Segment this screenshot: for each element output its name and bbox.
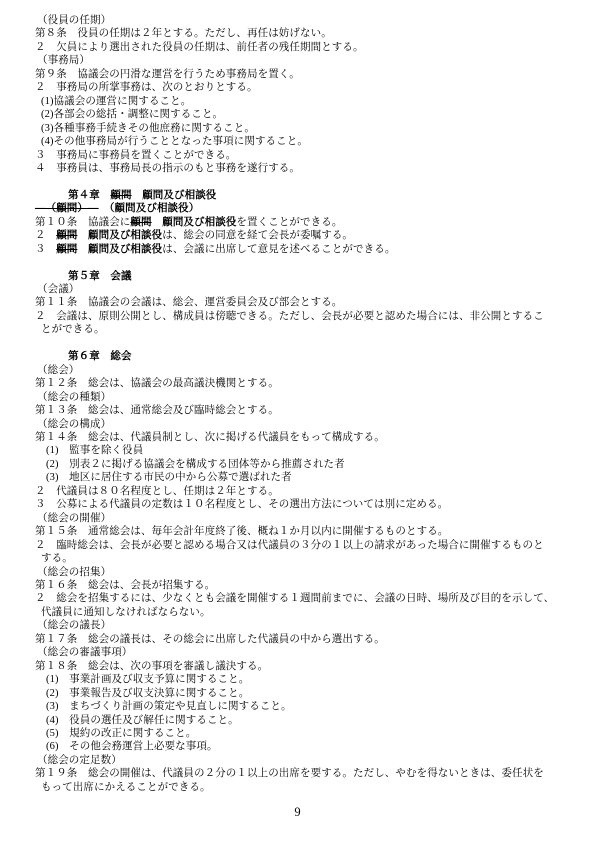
text-run: ２ <box>35 230 56 241</box>
document-line: 第８条 役員の任期は２年とする。ただし、再任は妨げない。 <box>35 27 575 40</box>
text-run: 代議員に通知しなければならない。 <box>41 607 211 618</box>
document-line: もって出席にかえることができる。 <box>35 781 575 794</box>
text-run <box>152 217 163 228</box>
deleted-text: 顧問 <box>130 217 151 228</box>
document-line: （総会の定足数） <box>35 754 575 767</box>
deleted-text: 顧問 <box>110 190 131 201</box>
text-run: （総会の開催） <box>37 513 111 524</box>
inserted-text: 第６章 総会 <box>68 351 132 362</box>
text-run: 第１８条 総会は、次の事項を審議し議決する。 <box>35 661 268 672</box>
document-line: (6) その他会務運営上必要な事項。 <box>35 740 575 753</box>
text-run: (2) 別表２に掲げる協議会を構成する団体等から推薦された者 <box>46 459 345 470</box>
document-line: 第５章 会議 <box>35 270 575 283</box>
inserted-text: 顧問及び相談役 <box>88 244 162 255</box>
document-line: （総会の種類） <box>35 391 575 404</box>
document-line: (4) 役員の選任及び解任に関すること。 <box>35 714 575 727</box>
document-line: ２ 代議員は８０名程度とし、任期は２年とする。 <box>35 485 575 498</box>
document-line: (1) 事業計画及び収支予算に関すること。 <box>35 673 575 686</box>
text-run: ２ 会議は、原則公開とし、構成員は傍聴できる。ただし、会長が必要と認めた場合には… <box>35 311 544 322</box>
text-run: もって出席にかえることができる。 <box>41 782 211 793</box>
deleted-text: ―（顧問）― <box>35 203 99 214</box>
text-run: (3) 地区に居住する市民の中から公募で選ばれた者 <box>46 472 292 483</box>
text-run: ２ 欠員により選出された役員の任期は、前任者の残任期間とする。 <box>35 42 364 53</box>
document-line: 第１２条 総会は、協議会の最高議決機関とする。 <box>35 377 575 390</box>
blank-line <box>35 256 575 269</box>
text-run: （事務局） <box>37 55 90 66</box>
text-run: する。 <box>41 553 73 564</box>
text-run: 第１３条 総会は、通常総会及び臨時総会とする。 <box>35 405 279 416</box>
inserted-text: 第５章 会議 <box>68 271 132 282</box>
text-run: (4) 役員の選任及び解任に関すること。 <box>46 715 239 726</box>
inserted-text: （顧問及び相談役） <box>99 203 200 214</box>
document-line: 第１８条 総会は、次の事項を審議し議決する。 <box>35 660 575 673</box>
text-run: (5) 規約の改正に関すること。 <box>46 728 196 739</box>
text-run: (4)その他事務局が行うこととなった事項に関すること。 <box>41 136 308 147</box>
text-run: 第１７条 総会の議長は、その総会に出席した代議員の中から選出する。 <box>35 634 385 645</box>
document-line: (2)各部会の総括・調整に関すること。 <box>35 108 575 121</box>
text-run: ２ 代議員は８０名程度とし、任期は２年とする。 <box>35 486 279 497</box>
text-run: （役員の任期） <box>37 15 111 26</box>
document-line: 第１４条 総会は、代議員制とし、次に掲げる代議員をもって構成する。 <box>35 431 575 444</box>
text-run: （総会の構成） <box>37 419 111 430</box>
document-line: ４ 事務員は、事務局長の指示のもと事務を遂行する。 <box>35 162 575 175</box>
document-line: ２ 事務局の所掌事務は、次のとおりとする。 <box>35 81 575 94</box>
text-run: 第１１条 協議会の会議は、総会、運営委員会及び部会とする。 <box>35 297 342 308</box>
text-run: 第１９条 総会の開催は、代議員の２分の１以上の出席を要する。ただし、やむを得ない… <box>35 768 544 779</box>
text-run: ３ 公募による代議員の定数は１０名程度とし、その選出方法については別に定める。 <box>35 499 448 510</box>
text-run: (2) 事業報告及び収支決算に関すること。 <box>46 688 249 699</box>
document-line: 第１５条 通常総会は、毎年会計年度終了後、概ね１か月以内に開催するものとする。 <box>35 525 575 538</box>
document-line: （会議） <box>35 283 575 296</box>
document-line: （総会の開催） <box>35 512 575 525</box>
document-line: (3) 地区に居住する市民の中から公募で選ばれた者 <box>35 471 575 484</box>
document-line: (1) 監事を除く役員 <box>35 444 575 457</box>
inserted-text: 顧問及び相談役 <box>132 190 217 201</box>
inserted-text: 第４章 <box>68 190 110 201</box>
document-line: 第１６条 総会は、会長が招集する。 <box>35 579 575 592</box>
document-line: ３ 公募による代議員の定数は１０名程度とし、その選出方法については別に定める。 <box>35 498 575 511</box>
document-line: ３ 事務局に事務員を置くことができる。 <box>35 149 575 162</box>
text-run: ２ 総会を招集するには、少なくとも会議を開催する１週間前までに、会議の日時、場所… <box>35 593 554 604</box>
document-line: （総会） <box>35 364 575 377</box>
document-line: 第１０条 協議会に顧問 顧問及び相談役を置くことができる。 <box>35 216 575 229</box>
document-line: (2) 事業報告及び収支決算に関すること。 <box>35 687 575 700</box>
inserted-text: 顧問及び相談役 <box>162 217 236 228</box>
text-run: (1) 監事を除く役員 <box>46 445 143 456</box>
document-line: （総会の議長） <box>35 619 575 632</box>
text-run: 第８条 役員の任期は２年とする。ただし、再任は妨げない。 <box>35 28 332 39</box>
text-run: （総会） <box>37 365 79 376</box>
text-run: （総会の定足数） <box>37 755 122 766</box>
text-run: (3)各種事務手続きその他庶務に関すること。 <box>41 123 255 134</box>
text-run: 第１６条 総会は、会長が招集する。 <box>35 580 215 591</box>
text-run: (1)協議会の運営に関すること。 <box>41 96 191 107</box>
text-run: (2)各部会の総括・調整に関すること。 <box>41 109 223 120</box>
document-body: （役員の任期）第８条 役員の任期は２年とする。ただし、再任は妨げない。２ 欠員に… <box>35 14 575 794</box>
text-run: （総会の招集） <box>37 567 111 578</box>
text-run: ２ 事務局の所掌事務は、次のとおりとする。 <box>35 82 258 93</box>
text-run: は、総会の同意を経て会長が委嘱する。 <box>162 230 353 241</box>
text-run: (3) まちづくり計画の策定や見直しに関すること。 <box>46 701 292 712</box>
text-run: ２ 臨時総会は、会長が必要と認める場合又は代議員の３分の１以上の請求があった場合… <box>35 540 544 551</box>
deleted-text: 顧問 <box>56 244 77 255</box>
text-run: とができる。 <box>41 324 105 335</box>
text-run <box>77 230 88 241</box>
document-line: 第１３条 総会は、通常総会及び臨時総会とする。 <box>35 404 575 417</box>
document-line: ２ 会議は、原則公開とし、構成員は傍聴できる。ただし、会長が必要と認めた場合には… <box>35 310 575 323</box>
text-run: ３ 事務局に事務員を置くことができる。 <box>35 150 236 161</box>
text-run: 第１５条 通常総会は、毎年会計年度終了後、概ね１か月以内に開催するものとする。 <box>35 526 448 537</box>
text-run: (6) その他会務運営上必要な事項。 <box>46 741 218 752</box>
document-line: ―（顧問）― （顧問及び相談役） <box>35 202 575 215</box>
document-line: （役員の任期） <box>35 14 575 27</box>
document-line: (1)協議会の運営に関すること。 <box>35 95 575 108</box>
text-run: を置くことができる。 <box>236 217 342 228</box>
text-run: ４ 事務員は、事務局長の指示のもと事務を遂行する。 <box>35 163 300 174</box>
document-line: （総会の構成） <box>35 418 575 431</box>
blank-line <box>35 337 575 350</box>
document-line: ２ 総会を招集するには、少なくとも会議を開催する１週間前までに、会議の日時、場所… <box>35 592 575 605</box>
text-run: 第９条 協議会の円滑な運営を行うため事務局を置く。 <box>35 69 300 80</box>
document-line: (5) 規約の改正に関すること。 <box>35 727 575 740</box>
document-line: (3) まちづくり計画の策定や見直しに関すること。 <box>35 700 575 713</box>
text-run: （総会の議長） <box>37 620 111 631</box>
document-line: 第９条 協議会の円滑な運営を行うため事務局を置く。 <box>35 68 575 81</box>
text-run <box>77 244 88 255</box>
document-line: 第１７条 総会の議長は、その総会に出席した代議員の中から選出する。 <box>35 633 575 646</box>
document-line: (3)各種事務手続きその他庶務に関すること。 <box>35 122 575 135</box>
document-line: ２ 欠員により選出された役員の任期は、前任者の残任期間とする。 <box>35 41 575 54</box>
document-line: 第１９条 総会の開催は、代議員の２分の１以上の出席を要する。ただし、やむを得ない… <box>35 767 575 780</box>
text-run: （総会の審議事項） <box>37 647 132 658</box>
text-run: 第１４条 総会は、代議員制とし、次に掲げる代議員をもって構成する。 <box>35 432 385 443</box>
text-run: 第１０条 協議会に <box>35 217 130 228</box>
text-run: は、会議に出席して意見を述べることができる。 <box>162 244 395 255</box>
document-line: とができる。 <box>35 323 575 336</box>
document-line: (4)その他事務局が行うこととなった事項に関すること。 <box>35 135 575 148</box>
document-line: （総会の審議事項） <box>35 646 575 659</box>
inserted-text: 顧問及び相談役 <box>88 230 162 241</box>
document-line: （総会の招集） <box>35 566 575 579</box>
document-line: 第４章 顧問 顧問及び相談役 <box>35 189 575 202</box>
document-line: ２ 顧問 顧問及び相談役は、総会の同意を経て会長が委嘱する。 <box>35 229 575 242</box>
blank-line <box>35 175 575 188</box>
text-run: （会議） <box>37 284 79 295</box>
text-run: （総会の種類） <box>37 392 111 403</box>
text-run: (1) 事業計画及び収支予算に関すること。 <box>46 674 249 685</box>
deleted-text: 顧問 <box>56 230 77 241</box>
document-line: 代議員に通知しなければならない。 <box>35 606 575 619</box>
page-number: 9 <box>0 805 595 820</box>
document-line: (2) 別表２に掲げる協議会を構成する団体等から推薦された者 <box>35 458 575 471</box>
document-line: する。 <box>35 552 575 565</box>
document-line: ２ 臨時総会は、会長が必要と認める場合又は代議員の３分の１以上の請求があった場合… <box>35 539 575 552</box>
document-line: （事務局） <box>35 54 575 67</box>
text-run: ３ <box>35 244 56 255</box>
document-page: （役員の任期）第８条 役員の任期は２年とする。ただし、再任は妨げない。２ 欠員に… <box>0 0 595 842</box>
document-line: 第１１条 協議会の会議は、総会、運営委員会及び部会とする。 <box>35 296 575 309</box>
document-line: ３ 顧問 顧問及び相談役は、会議に出席して意見を述べることができる。 <box>35 243 575 256</box>
document-line: 第６章 総会 <box>35 350 575 363</box>
text-run: 第１２条 総会は、協議会の最高議決機関とする。 <box>35 378 279 389</box>
